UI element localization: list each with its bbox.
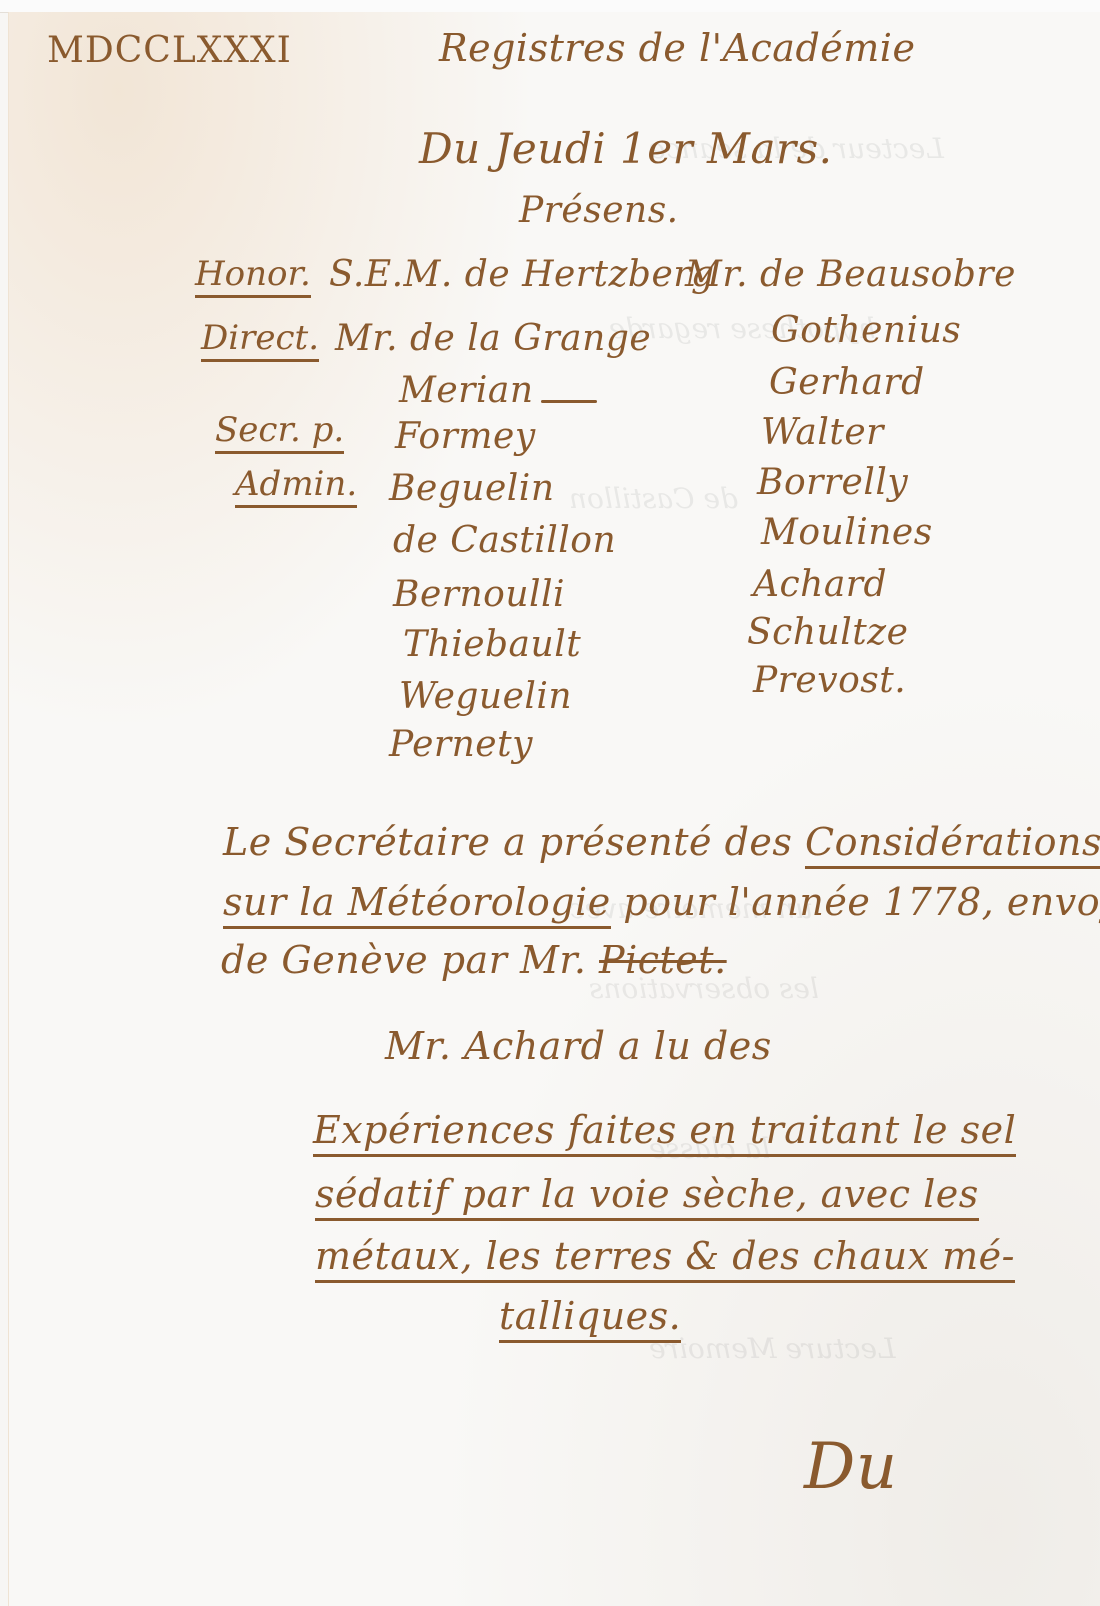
role-label-secretary: Secr. p. bbox=[215, 412, 344, 454]
minutes-paragraph-1-line-3: de Genève par Mr. Pictet. bbox=[221, 938, 727, 982]
member-name: Achard bbox=[753, 564, 887, 605]
year-sent-text: pour l'année 1778, envoyées bbox=[623, 880, 1100, 924]
member-name: Schultze bbox=[747, 612, 908, 653]
memoir-title-line-3: métaux, les terres & des chaux mé- bbox=[315, 1234, 1015, 1283]
member-name: S.E.M. de Hertzberg bbox=[329, 254, 715, 295]
member-name: Prevost. bbox=[753, 660, 906, 701]
catchword: Du bbox=[804, 1430, 898, 1504]
member-name: Gothenius bbox=[771, 310, 961, 351]
bleed-through-text: Lecture Memoire bbox=[649, 1332, 896, 1365]
member-name: Moulines bbox=[761, 512, 933, 553]
member-name: Mr. de la Grange bbox=[335, 318, 651, 359]
role-label-honorary: Honor. bbox=[195, 256, 311, 298]
member-name: Gerhard bbox=[769, 362, 925, 403]
member-name: Thiebault bbox=[403, 624, 581, 665]
memoir-title-line-2: sédatif par la voie sèche, avec les bbox=[315, 1172, 979, 1221]
member-name: Borrelly bbox=[757, 462, 908, 503]
member-name: Mr. de Beausobre bbox=[685, 254, 1016, 295]
member-name: Formey bbox=[395, 416, 536, 457]
member-name: Weguelin bbox=[399, 676, 572, 717]
work-title-meteorology: sur la Météorologie bbox=[223, 880, 611, 929]
role-label-administrator: Admin. bbox=[235, 466, 357, 508]
register-title: Registres de l'Académie bbox=[439, 26, 915, 70]
minutes-paragraph-2-intro: Mr. Achard a lu des bbox=[385, 1024, 772, 1068]
sender-name: Pictet. bbox=[599, 938, 727, 982]
member-name: Bernoulli bbox=[393, 574, 565, 615]
memoir-title-line-4: talliques. bbox=[499, 1294, 681, 1343]
flourish-line bbox=[541, 400, 597, 403]
minutes-paragraph-1-line-1: Le Secrétaire a présenté des Considérati… bbox=[223, 820, 1100, 864]
secretary-presented-text: Le Secrétaire a présenté des bbox=[223, 820, 792, 864]
bleed-through-text: de Castillon bbox=[569, 482, 738, 515]
member-name: Merian bbox=[399, 370, 534, 411]
year-roman-numeral: MDCCLXXXI bbox=[47, 30, 292, 71]
meeting-date: Du Jeudi 1er Mars. bbox=[419, 124, 833, 173]
minutes-paragraph-1-line-2: sur la Météorologie pour l'année 1778, e… bbox=[223, 880, 1100, 924]
origin-text: de Genève par Mr. bbox=[221, 938, 586, 982]
member-name: Pernety bbox=[389, 724, 533, 765]
role-label-director: Direct. bbox=[201, 320, 319, 362]
manuscript-page: Lecteur de la seance hypothese regarde d… bbox=[8, 12, 1100, 1606]
member-name: de Castillon bbox=[393, 520, 616, 561]
memoir-title-line-1: Expériences faites en traitant le sel bbox=[313, 1108, 1016, 1157]
member-name: Walter bbox=[761, 412, 884, 453]
member-name: Beguelin bbox=[389, 468, 555, 509]
present-heading: Présens. bbox=[519, 190, 679, 231]
work-title-considerations: Considérations bbox=[805, 820, 1100, 869]
